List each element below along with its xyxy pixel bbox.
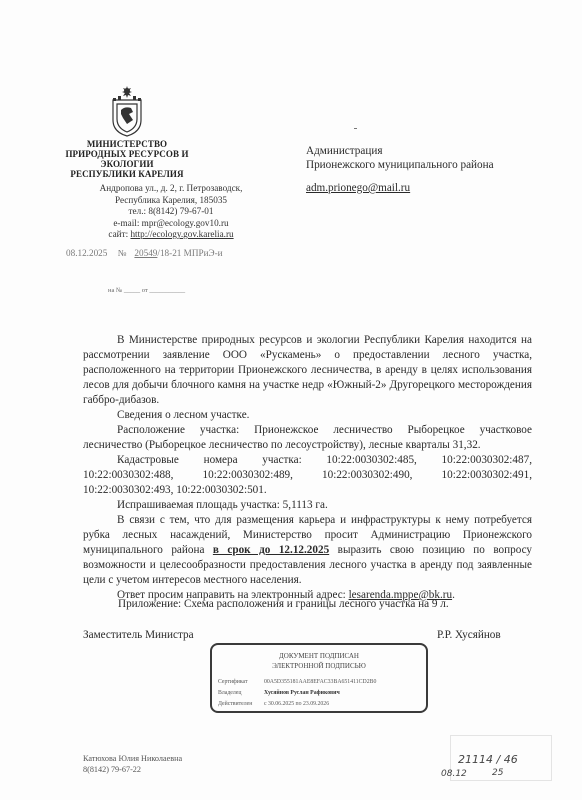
- ministry-email: e-mail: mpr@ecology.gov10.ru: [66, 218, 276, 230]
- owner-value: Хусяйнов Руслан Рафикович: [264, 690, 340, 696]
- incoming-number-suffix: 46: [504, 753, 518, 766]
- validity-label: Действителен: [218, 701, 264, 707]
- body-paragraph-1: В Министерстве природных ресурсов и экол…: [83, 333, 532, 408]
- incoming-number: 21114 / 46: [458, 753, 518, 766]
- registration-suffix: /18-21 МПРиЭ-и: [157, 248, 222, 258]
- body-paragraph-cadastral: Кадастровые номера участка: 10:22:003030…: [83, 453, 532, 498]
- incoming-date: 08.12: [441, 769, 467, 779]
- stamp-owner-row: ВладелецХусяйнов Руслан Рафикович: [218, 690, 340, 696]
- addressee-line-2: Прионежского муниципального района: [306, 158, 546, 172]
- incoming-year: 25: [492, 768, 503, 778]
- reference-line: на № _____ от ___________: [108, 287, 185, 294]
- ministry-address: Андропова ул., д. 2, г. Петрозаводск, Ре…: [66, 183, 276, 241]
- registration-number: 20549: [134, 248, 157, 258]
- address-street: Андропова ул., д. 2, г. Петрозаводск,: [66, 183, 276, 195]
- registration-number-label: №: [118, 248, 127, 258]
- ministry-phone: тел.: 8(8142) 79-67-01: [66, 206, 276, 218]
- registration-date: 08.12.2025: [66, 248, 107, 258]
- attachment-note: Приложение: Схема расположения и границы…: [118, 598, 449, 610]
- site-label: сайт:: [108, 229, 130, 239]
- letter-page: МИНИСТЕРСТВО ПРИРОДНЫХ РЕСУРСОВ И ЭКОЛОГ…: [0, 0, 582, 800]
- addressee-email-link[interactable]: adm.prionego@mail.ru: [306, 182, 410, 194]
- body-paragraph-request: В связи с тем, что для размещения карьер…: [83, 513, 532, 588]
- stamp-title-line-1: ДОКУМЕНТ ПОДПИСАН: [212, 651, 426, 661]
- validity-value: с 30.06.2025 по 23.09.2026: [264, 701, 329, 707]
- ministry-name: МИНИСТЕРСТВО ПРИРОДНЫХ РЕСУРСОВ И ЭКОЛОГ…: [62, 139, 192, 179]
- executor-info: Катюхова Юлия Николаевна 8(8142) 79-67-2…: [83, 753, 182, 775]
- stamp-title: ДОКУМЕНТ ПОДПИСАН ЭЛЕКТРОННОЙ ПОДПИСЬЮ: [212, 651, 426, 671]
- addressee: Администрация Прионежского муниципальног…: [306, 144, 546, 172]
- signer-position: Заместитель Министра: [83, 629, 194, 641]
- electronic-signature-stamp: ДОКУМЕНТ ПОДПИСАН ЭЛЕКТРОННОЙ ПОДПИСЬЮ С…: [210, 643, 428, 713]
- executor-phone: 8(8142) 79-67-22: [83, 764, 182, 775]
- request-deadline: в срок до 12.12.2025: [213, 544, 329, 556]
- stamp-title-line-2: ЭЛЕКТРОННОЙ ПОДПИСЬЮ: [212, 661, 426, 671]
- ministry-line-2: ПРИРОДНЫХ РЕСУРСОВ И ЭКОЛОГИИ: [62, 149, 192, 169]
- address-region: Республика Карелия, 185035: [66, 195, 276, 207]
- body-paragraph-area: Испрашиваемая площадь участка: 5,1113 га…: [83, 498, 532, 513]
- owner-label: Владелец: [218, 690, 264, 696]
- ministry-site: сайт: http://ecology.gov.karelia.ru: [66, 229, 276, 241]
- letter-body: В Министерстве природных ресурсов и экол…: [83, 333, 532, 603]
- incoming-number-main: 21114: [458, 753, 493, 766]
- reply-text-end: .: [452, 589, 455, 601]
- signer-name: Р.Р. Хусяйнов: [437, 629, 501, 641]
- scan-mark: [354, 128, 357, 129]
- certificate-label: Сертификат: [218, 679, 264, 685]
- certificate-value: 00A5D355181AAE8EFAC33BA651411CD2B0: [264, 679, 376, 685]
- registration-line: 08.12.2025 №20549/18-21 МПРиЭ-и: [66, 248, 266, 258]
- ministry-line-1: МИНИСТЕРСТВО: [62, 139, 192, 149]
- site-link[interactable]: http://ecology.gov.karelia.ru: [130, 229, 233, 239]
- body-paragraph-3: Расположение участка: Прионежское леснич…: [83, 423, 532, 453]
- executor-name: Катюхова Юлия Николаевна: [83, 753, 182, 764]
- stamp-validity-row: Действителенс 30.06.2025 по 23.09.2026: [218, 701, 329, 707]
- ministry-line-3: РЕСПУБЛИКИ КАРЕЛИЯ: [62, 169, 192, 179]
- stamp-certificate-row: Сертификат00A5D355181AAE8EFAC33BA651411C…: [218, 679, 376, 685]
- addressee-line-1: Администрация: [306, 144, 546, 158]
- karelia-coat-of-arms-icon: [107, 86, 147, 138]
- body-paragraph-2: Сведения о лесном участке.: [83, 408, 532, 423]
